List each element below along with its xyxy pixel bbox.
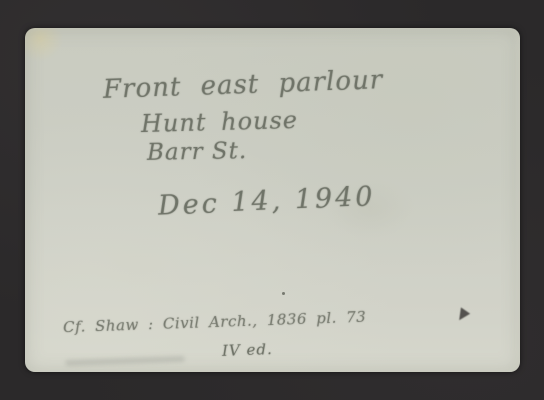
handwriting-house-line: Hunt house bbox=[141, 106, 299, 138]
handwriting-street-line: Barr St. bbox=[147, 138, 248, 166]
handwriting-room-line: Front east parlour bbox=[103, 65, 384, 105]
paper-stain bbox=[85, 238, 195, 288]
pencil-smudge bbox=[65, 356, 185, 366]
scan-background: Front east parlour Hunt house Barr St. D… bbox=[0, 0, 544, 400]
triangle-mark-icon bbox=[459, 307, 471, 321]
handwriting-edition-line: IV ed. bbox=[222, 340, 273, 360]
photo-verso-card: Front east parlour Hunt house Barr St. D… bbox=[25, 28, 520, 372]
paper-speck bbox=[282, 292, 285, 295]
handwriting-citation-line: Cf. Shaw : Civil Arch., 1836 pl. 73 bbox=[63, 308, 367, 337]
